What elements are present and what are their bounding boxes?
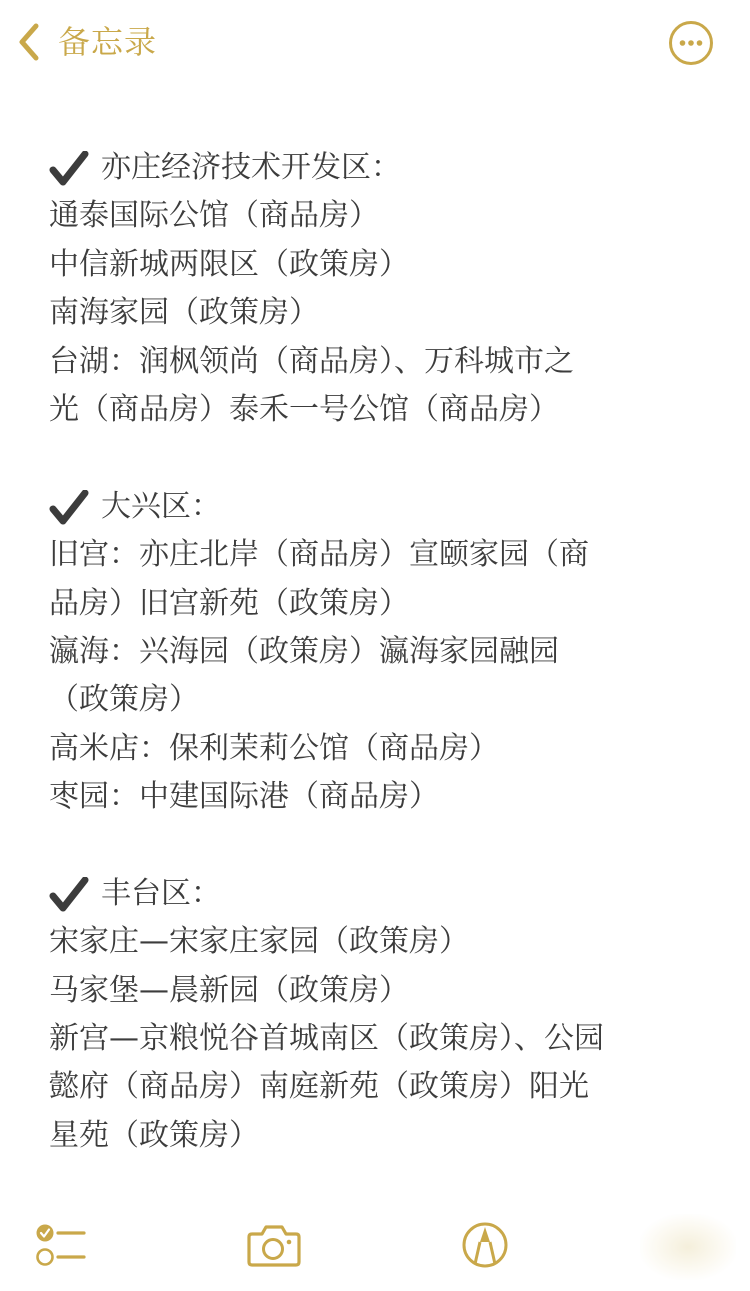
- note-line: 懿府（商品房）南庭新苑（政策房）阳光: [49, 1063, 719, 1111]
- section-heading-text: 丰台区：: [101, 870, 221, 918]
- ellipsis-circle-icon: [668, 20, 714, 66]
- note-line: 旧宫：亦庄北岸（商品房）宣颐家园（商: [49, 531, 719, 579]
- back-button[interactable]: 备忘录: [16, 20, 157, 64]
- checklist-icon: [34, 1222, 88, 1268]
- bottom-toolbar: [0, 1200, 750, 1291]
- note-line: 瀛海：兴海园（政策房）瀛海家园融园: [49, 628, 719, 676]
- checklist-button[interactable]: [34, 1222, 88, 1268]
- note-line: 台湖：润枫领尚（商品房）、万科城市之: [49, 338, 719, 386]
- note-line: 枣园：中建国际港（商品房）: [49, 773, 719, 821]
- note-line: 星苑（政策房）: [49, 1112, 719, 1160]
- back-label: 备忘录: [58, 22, 157, 62]
- section-heading: 大兴区：: [49, 483, 719, 531]
- note-line: 光（商品房）泰禾一号公馆（商品房）: [49, 386, 719, 434]
- note-line: 宋家庄—宋家庄家园（政策房）: [49, 918, 719, 966]
- checkmark-icon: [49, 490, 89, 526]
- note-line: 高米店：保利茉莉公馆（商品房）: [49, 725, 719, 773]
- note-line: 新宫—京粮悦谷首城南区（政策房）、公园: [49, 1015, 719, 1063]
- section-heading: 亦庄经济技术开发区：: [49, 144, 719, 192]
- note-line: 中信新城两限区（政策房）: [49, 241, 719, 289]
- blank-line: [49, 434, 719, 482]
- note-line: （政策房）: [49, 676, 719, 724]
- camera-button[interactable]: [246, 1222, 302, 1268]
- navigation-bar: 备忘录: [0, 0, 750, 90]
- camera-icon: [246, 1222, 302, 1268]
- note-line: 通泰国际公馆（商品房）: [49, 192, 719, 240]
- note-line: 品房）旧宫新苑（政策房）: [49, 580, 719, 628]
- checkmark-icon: [49, 877, 89, 913]
- note-line: 南海家园（政策房）: [49, 289, 719, 337]
- section-heading-text: 大兴区：: [101, 483, 221, 531]
- markup-pen-icon: [460, 1218, 510, 1270]
- compose-button[interactable]: [640, 1214, 736, 1280]
- note-line: 马家堡—晨新园（政策房）: [49, 967, 719, 1015]
- markup-button[interactable]: [460, 1218, 510, 1270]
- section-heading-text: 亦庄经济技术开发区：: [101, 144, 401, 192]
- blank-line: [49, 821, 719, 869]
- checkmark-icon: [49, 151, 89, 187]
- chevron-left-icon: [16, 22, 42, 62]
- more-options-button[interactable]: [668, 20, 714, 66]
- section-heading: 丰台区：: [49, 870, 719, 918]
- note-content[interactable]: 亦庄经济技术开发区： 通泰国际公馆（商品房） 中信新城两限区（政策房） 南海家园…: [49, 144, 719, 1160]
